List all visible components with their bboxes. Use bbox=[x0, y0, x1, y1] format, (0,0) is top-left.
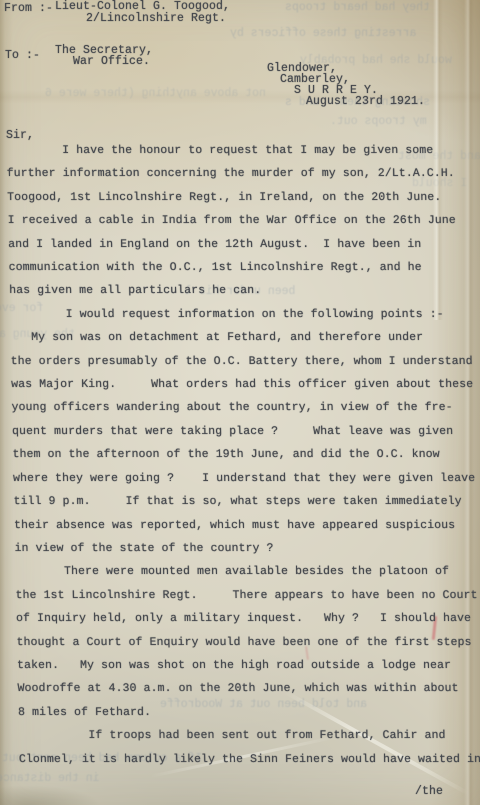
bleed-through-fragment: in the distance bbox=[0, 772, 100, 785]
body-line: further information concerning the murde… bbox=[6, 162, 480, 185]
body-line: them on the afternoon of the 19th June, … bbox=[12, 443, 480, 466]
bleed-through-fragment: arresting these officers by bbox=[230, 27, 416, 40]
body-line: in view of the state of the country ? bbox=[14, 537, 480, 560]
body-line: There were mounted men available besides… bbox=[15, 560, 480, 583]
body-line: their absence was reported, which must h… bbox=[14, 514, 480, 537]
body-line: of Inquiry held, only a military inquest… bbox=[16, 607, 480, 630]
letter-date: August 23rd 1921. bbox=[306, 95, 425, 108]
body-line: My son was on detachment at Fethard, and… bbox=[10, 326, 480, 349]
body-line: taken. My son was shot on the high road … bbox=[17, 654, 480, 677]
body-line: was Major King. What orders had this off… bbox=[11, 373, 480, 396]
body-line: till 9 p.m. If that is so, what steps we… bbox=[13, 490, 480, 513]
body-line: Woodroffe at 4.30 a.m. on the 20th June,… bbox=[17, 677, 480, 700]
body-line: and I landed in England on the 12th Augu… bbox=[8, 233, 480, 256]
body-line: If troops had been sent out from Fethard… bbox=[18, 724, 480, 747]
letter-page: they had heard troops arresting these of… bbox=[0, 0, 480, 805]
body-line: communication with the O.C., 1st Lincoln… bbox=[8, 256, 480, 279]
body-line: 8 miles of Fethard. bbox=[18, 701, 480, 724]
body-line: I would request information on the follo… bbox=[9, 303, 480, 326]
to-label: To :- bbox=[5, 49, 40, 62]
bleed-through-fragment: my troops out. bbox=[330, 115, 427, 128]
letter-body: I have the honour to request that I may … bbox=[6, 139, 480, 771]
body-line: where they were going ? I understand tha… bbox=[13, 467, 480, 490]
body-line: thought a Court of Enquiry would have be… bbox=[16, 631, 480, 654]
bleed-through-fragment: they had heard troops bbox=[285, 1, 430, 14]
body-line: quent murders that were taking place ? W… bbox=[12, 420, 480, 443]
from-regiment: 2/Lincolnshire Regt. bbox=[86, 12, 226, 25]
bleed-through-fragment: not above anything (there were 6 bbox=[45, 87, 266, 100]
body-line: Clonmel, it is hardly likely the Sinn Fe… bbox=[19, 748, 480, 771]
body-line: Toogood, 1st Lincolnshire Regt., in Irel… bbox=[7, 186, 480, 209]
body-line: the 1st Lincolnshire Regt. There appears… bbox=[15, 584, 480, 607]
body-line: young officers wandering about the count… bbox=[11, 396, 480, 419]
continuation-mark: /the bbox=[415, 785, 443, 798]
to-office: War Office. bbox=[73, 55, 150, 68]
body-line: has given me all particulars he can. bbox=[9, 279, 480, 302]
body-line: I have the honour to request that I may … bbox=[6, 139, 480, 162]
body-line: the orders presumably of the O.C. Batter… bbox=[10, 350, 480, 373]
from-label: From :- bbox=[4, 2, 53, 15]
body-line: I received a cable in India from the War… bbox=[7, 209, 480, 232]
